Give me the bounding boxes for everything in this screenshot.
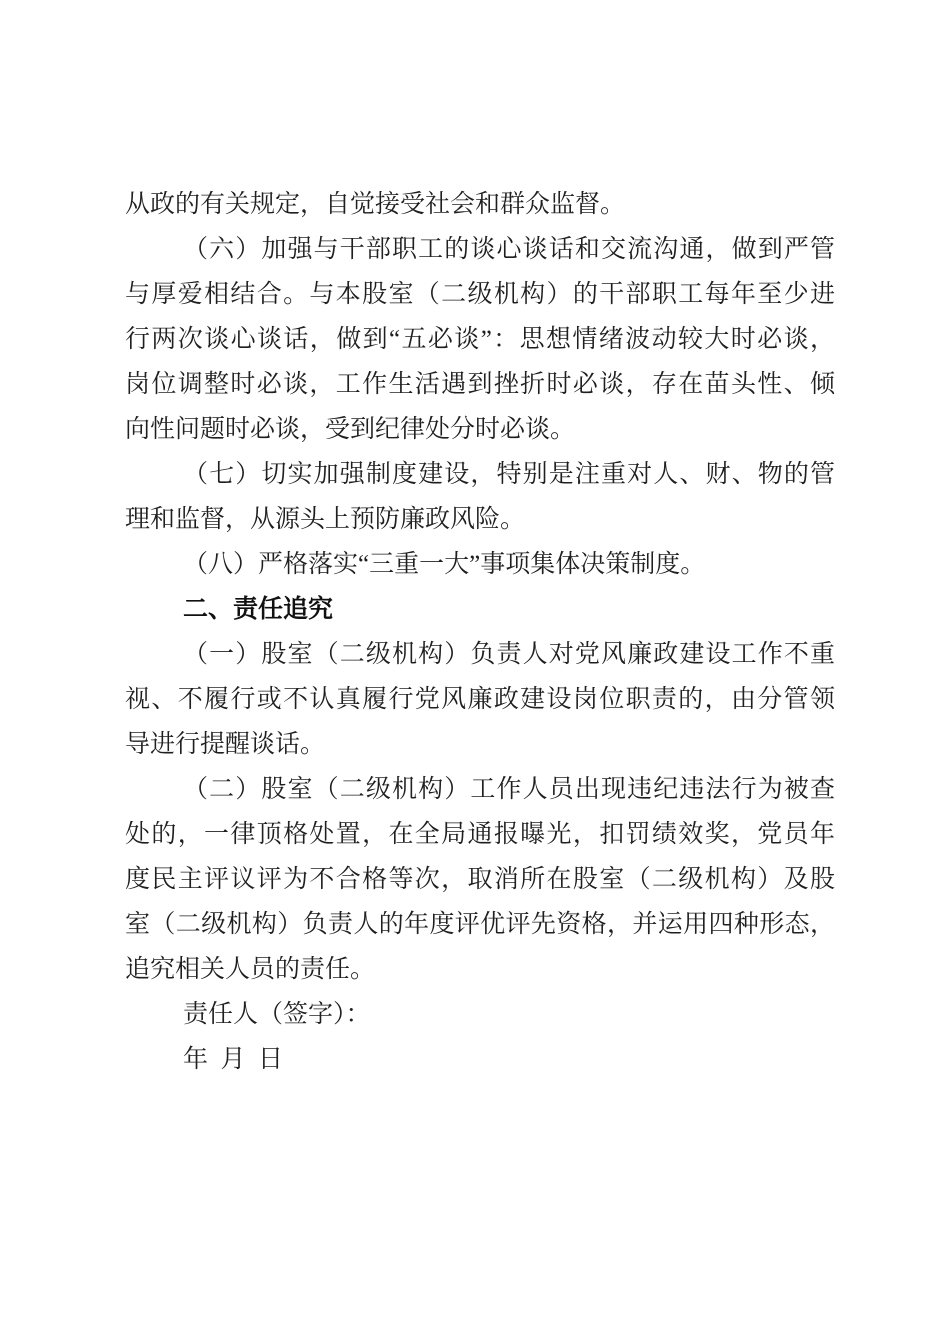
- text-line: 理和监督，从源头上预防廉政风险。: [125, 497, 835, 542]
- text-line: （六）加强与干部职工的谈心谈话和交流沟通，做到严管: [125, 227, 835, 272]
- text-line: 视、不履行或不认真履行党风廉政建设岗位职责的，由分管领: [125, 677, 835, 722]
- text-line: 处的，一律顶格处置，在全局通报曝光，扣罚绩效奖，党员年: [125, 812, 835, 857]
- text-line: 行两次谈心谈话，做到“五必谈”：思想情绪波动较大时必谈，: [125, 317, 835, 362]
- text-line: 室（二级机构）负责人的年度评优评先资格，并运用四种形态，: [125, 902, 835, 947]
- text-line: （一）股室（二级机构）负责人对党风廉政建设工作不重: [125, 632, 835, 677]
- signature-line: 责任人（签字）：: [125, 992, 835, 1037]
- text-line: （七）切实加强制度建设，特别是注重对人、财、物的管: [125, 452, 835, 497]
- document-body: 从政的有关规定，自觉接受社会和群众监督。 （六）加强与干部职工的谈心谈话和交流沟…: [125, 182, 835, 1082]
- text-line: 与厚爱相结合。与本股室（二级机构）的干部职工每年至少进: [125, 272, 835, 317]
- date-line: 年 月 日: [125, 1037, 835, 1082]
- text-line: 导进行提醒谈话。: [125, 722, 835, 767]
- document-page: 从政的有关规定，自觉接受社会和群众监督。 （六）加强与干部职工的谈心谈话和交流沟…: [0, 0, 950, 1344]
- text-line: 岗位调整时必谈，工作生活遇到挫折时必谈，存在苗头性、倾: [125, 362, 835, 407]
- text-line: （二）股室（二级机构）工作人员出现违纪违法行为被查: [125, 767, 835, 812]
- text-line: （八）严格落实“三重一大”事项集体决策制度。: [125, 542, 835, 587]
- text-line: 从政的有关规定，自觉接受社会和群众监督。: [125, 182, 835, 227]
- text-line: 追究相关人员的责任。: [125, 947, 835, 992]
- text-line: 向性问题时必谈，受到纪律处分时必谈。: [125, 407, 835, 452]
- section-heading: 二、责任追究: [125, 587, 835, 632]
- text-line: 度民主评议评为不合格等次，取消所在股室（二级机构）及股: [125, 857, 835, 902]
